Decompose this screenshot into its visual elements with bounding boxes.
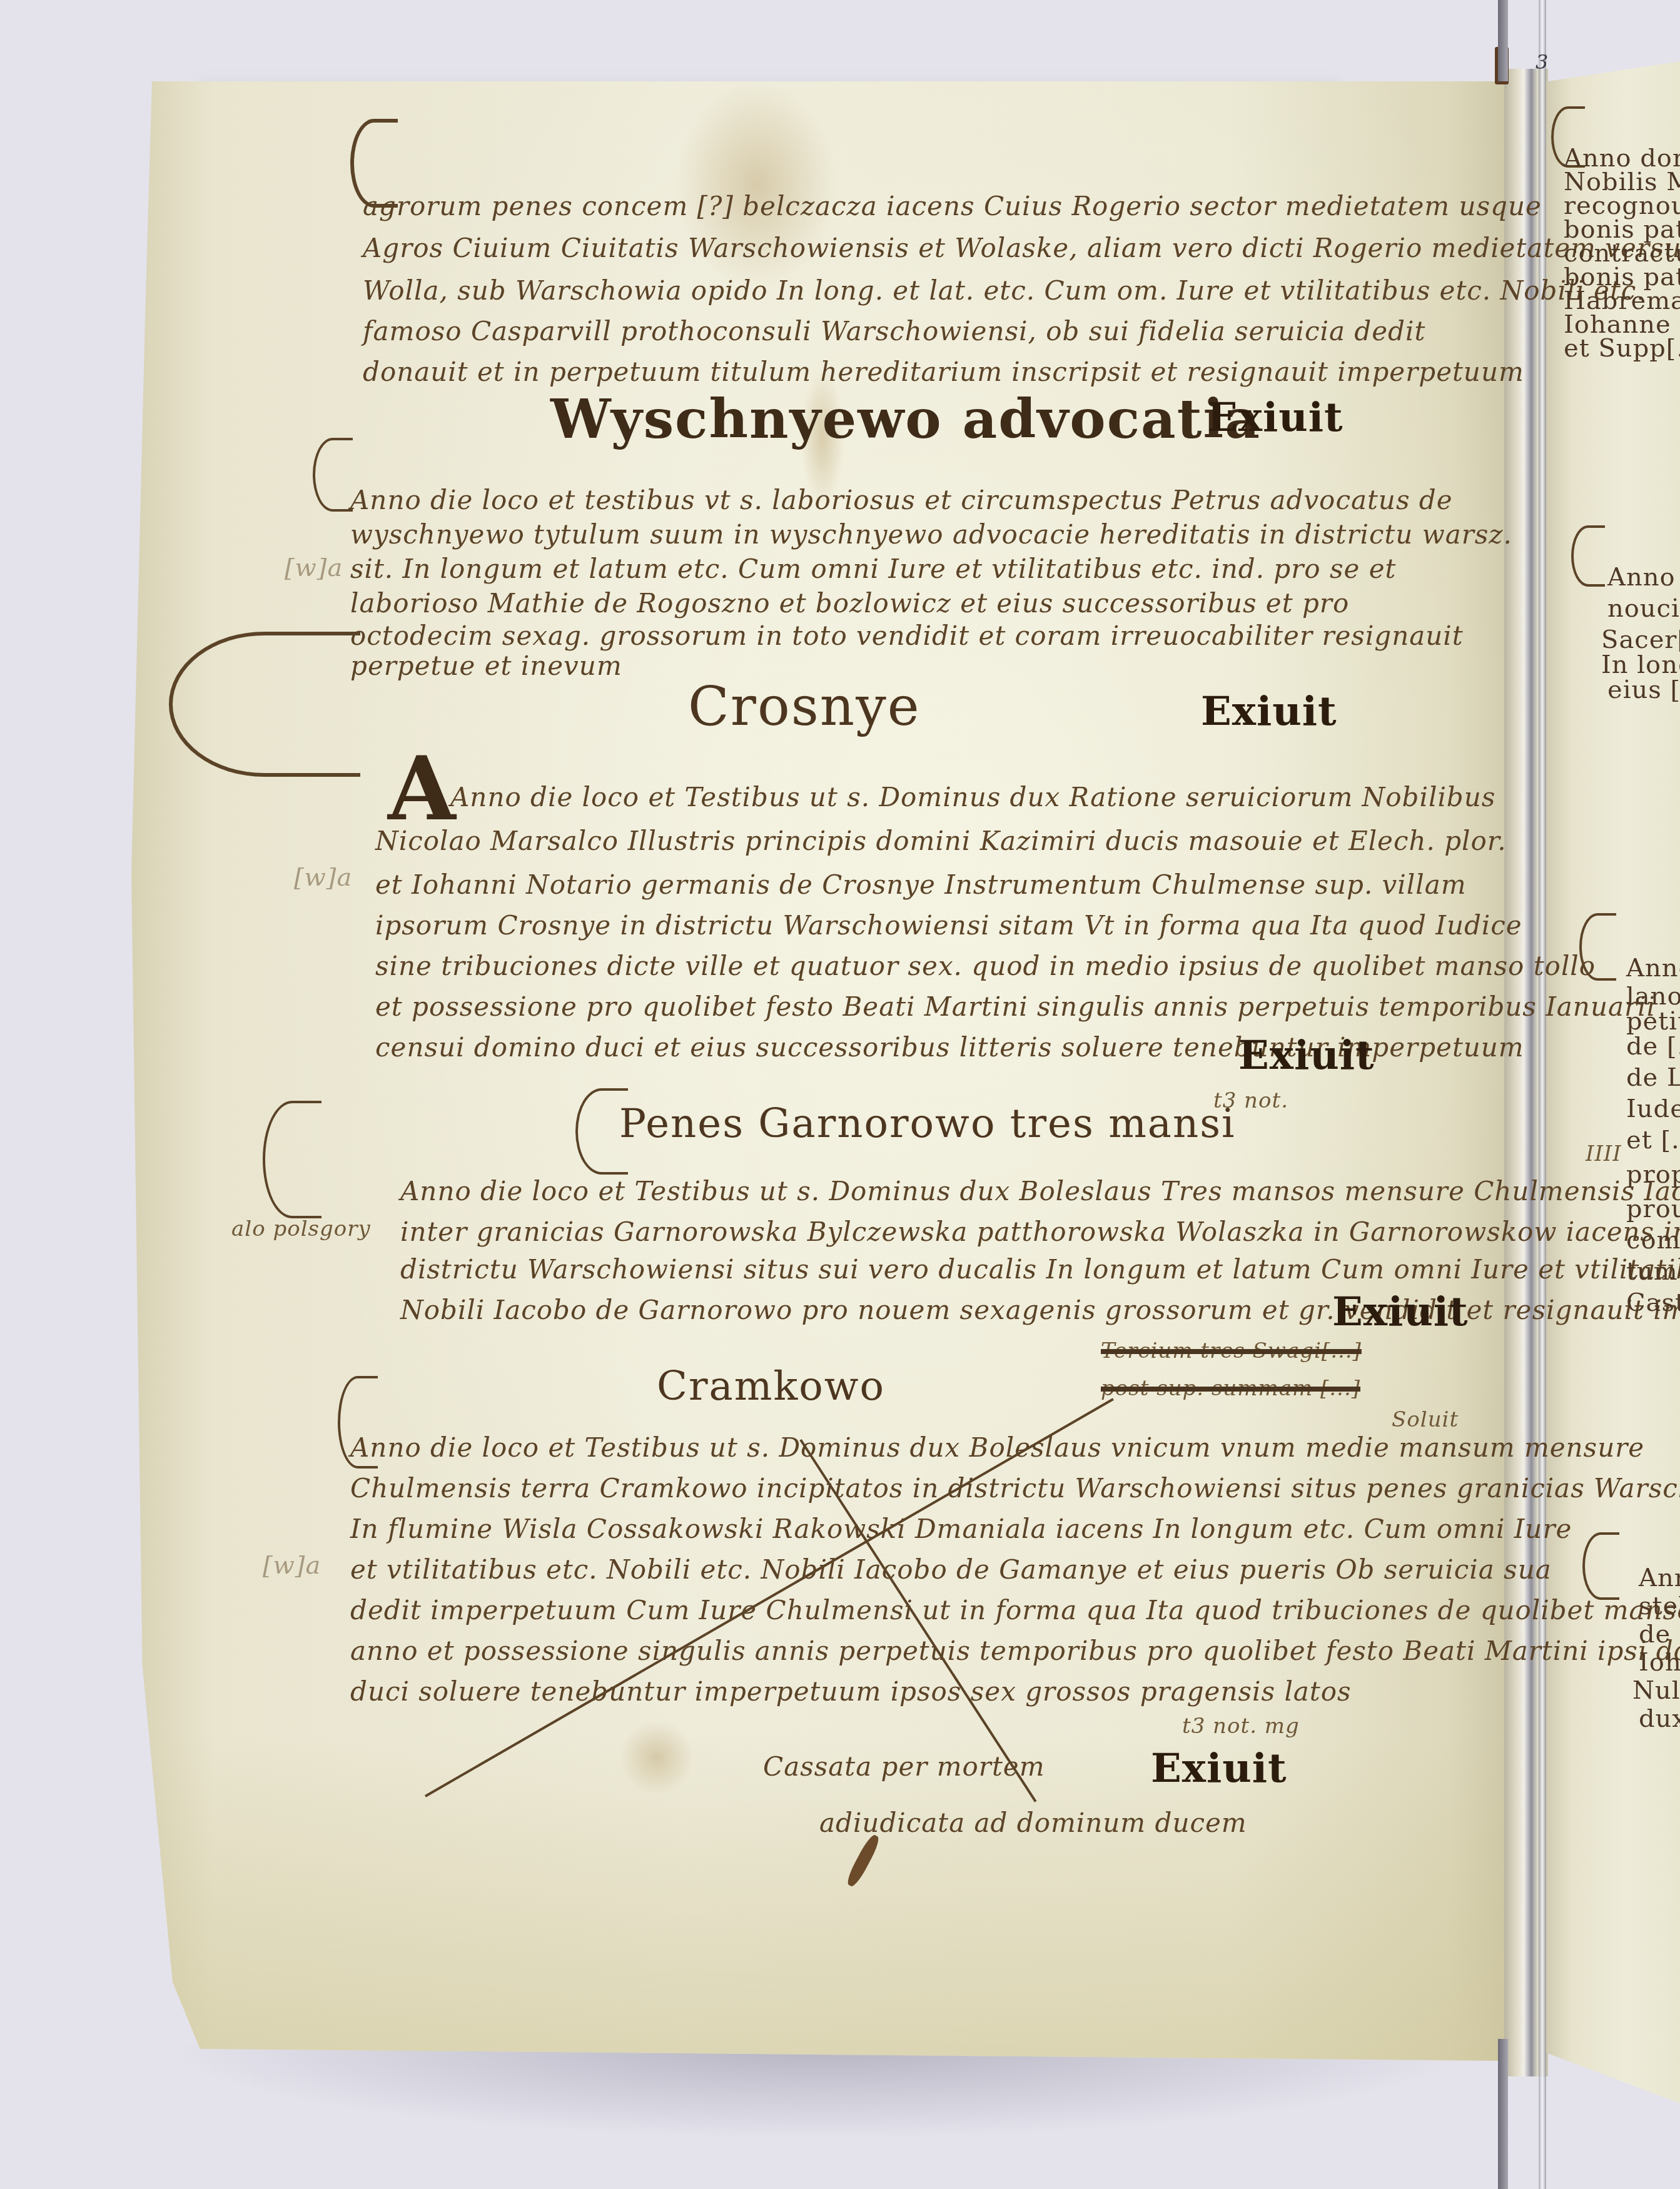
entry-4-heading: Cramkowo: [657, 1363, 885, 1410]
entry-2-line-4: ipsorum Crosnye in districtu Warschowien…: [375, 910, 1522, 941]
entry-3-exiuit-mark: Exiuit: [1332, 1288, 1469, 1335]
right-fragment-4-line-3: de [...]: [1639, 1620, 1680, 1649]
entry-4-line-1: Anno die loco et Testibus ut s. Dominus …: [350, 1432, 1644, 1463]
entry-0-line-3: Wolla, sub Warschowia opido In long. et …: [363, 275, 1646, 306]
glass-plate-edge: [1498, 2039, 1508, 2189]
right-fragment-2-line-2: noucies et[...]: [1607, 594, 1680, 623]
right-fragment-3-line-6: Iude [...]: [1626, 1094, 1680, 1123]
right-fragment-3-line-9: prout [...]: [1626, 1195, 1680, 1223]
entry-3-line-3: districtu Warschowiensi situs sui vero d…: [400, 1254, 1680, 1285]
right-fragment-3-line-12: Castro[...]: [1626, 1288, 1680, 1317]
entry-1-line-6: perpetue et inevum: [350, 650, 622, 681]
entry-3-line-4: Nobili Iacobo de Garnorowo pro nouem sex…: [400, 1295, 1680, 1325]
right-fragment-3-line-11: tumen[...]: [1626, 1257, 1680, 1286]
entry-2-line-6: et possessione pro quolibet festo Beati …: [375, 991, 1656, 1022]
page-discoloration: [131, 1736, 1504, 2061]
page-corner-mark: 3: [1536, 50, 1549, 74]
entry-2-line-1: Anno die loco et Testibus ut s. Dominus …: [450, 782, 1495, 812]
right-fragment-2-line-1: Anno die [...]: [1607, 563, 1680, 592]
glass-plate-edge: [1498, 0, 1508, 81]
initial-flourish: [1571, 525, 1605, 587]
entry-4-annotation: t3 not. mg: [1182, 1714, 1300, 1739]
entry-4-exiuit-mark: Exiuit: [1151, 1745, 1287, 1792]
right-fragment-4-line-2: stella[...]: [1639, 1592, 1680, 1620]
entry-4-closing-note-1: Cassata per mortem: [763, 1751, 1045, 1782]
right-fragment-4-line-6: dux [...]: [1639, 1704, 1680, 1733]
initial-flourish: [1582, 1532, 1619, 1600]
entry-4-line-4: et vtilitatibus etc. Nobili etc. Nobili …: [350, 1554, 1552, 1585]
right-fragment-3-line-7: et [...]: [1626, 1126, 1680, 1155]
entry-1-line-5: octodecim sexag. grossorum in toto vendi…: [350, 620, 1464, 651]
entry-3-struck-line-2: post sup. summam [...]: [1101, 1376, 1360, 1401]
right-fragment-3-line-1: Anno [...]: [1626, 954, 1680, 983]
entry-4-line-5: dedit imperpetuum Cum Iure Chulmensi ut …: [350, 1595, 1680, 1625]
entry-1-line-1: Anno die loco et testibus vt s. laborios…: [350, 485, 1453, 515]
entry-1-margin-note: [w]a: [285, 554, 343, 582]
entry-3-margin-note: alo polsgory: [231, 1216, 371, 1241]
right-fragment-1-line-9: et Supp[...]: [1564, 334, 1680, 363]
entry-4-line-3: In flumine Wisla Cossakowski Rakowski Dm…: [350, 1514, 1572, 1544]
entry-2-margin-note: [w]a: [294, 863, 352, 892]
entry-1-line-2: wyschnyewo tytulum suum in wyschnyewo ad…: [350, 519, 1512, 550]
initial-flourish: [1579, 913, 1616, 981]
entry-1-exiuit-mark: Exiuit: [1207, 394, 1343, 441]
entry-0-line-4: famoso Casparvill prothoconsuli Warschow…: [363, 316, 1425, 346]
initial-flourish: [313, 438, 353, 512]
entry-1-line-4: laborioso Mathie de Rogoszno et bozlowic…: [350, 588, 1349, 619]
entry-4-margin-note: [w]a: [263, 1551, 321, 1580]
right-margin-note: IIII: [1586, 1141, 1622, 1166]
entry-2-heading: Crosnye: [688, 675, 921, 738]
entry-2-exiuit-mark: Exiuit: [1201, 688, 1337, 735]
right-fragment-3-line-8: prope [...]: [1626, 1160, 1680, 1189]
entry-0-line-1: agrorum penes concem [?] belczacza iacen…: [363, 191, 1542, 221]
entry-3-struck-line-1: Tercium tres Swagi[...]: [1101, 1338, 1362, 1363]
entry-4-line-2: Chulmensis terra Cramkowo incipitatos in…: [350, 1473, 1680, 1504]
entry-3-heading: Penes Garnorowo tres mansi: [619, 1101, 1236, 1147]
right-fragment-3-line-5: de La[...]: [1626, 1063, 1680, 1092]
right-fragment-2-line-5: eius [...]: [1607, 675, 1680, 704]
right-fragment-4-line-1: Anno [...]: [1639, 1564, 1680, 1592]
right-fragment-4-line-5: Nulle[...]: [1632, 1676, 1680, 1705]
entry-1-line-3: sit. In longum et latum etc. Cum omni Iu…: [350, 554, 1396, 584]
entry-2-line-2: Nicolao Marsalco Illustris principis dom…: [375, 826, 1507, 856]
background-shadow-bottom: [163, 2045, 1476, 2139]
right-fragment-3-line-4: de [...]: [1626, 1032, 1680, 1061]
initial-flourish: [169, 632, 360, 777]
entry-4-closing-note-2: adiudicata ad dominum ducem: [819, 1807, 1247, 1838]
entry-3-line-2: inter granicias Garnorowska Bylczewska p…: [400, 1216, 1680, 1247]
entry-2-line-3: et Iohanni Notario germanis de Crosnye I…: [375, 869, 1467, 900]
entry-0-line-5: donauit et in perpetuum titulum heredita…: [363, 356, 1524, 387]
right-fragment-3-line-10: compen[...]: [1626, 1226, 1680, 1255]
entry-4-line-6: anno et possessione singulis annis perpe…: [350, 1635, 1680, 1666]
entry-4-line-7: duci soluere tenebuntur imperpetuum ipso…: [350, 1676, 1352, 1707]
entry-2-exiuit-mark-2: Exiuit: [1238, 1032, 1375, 1079]
entry-3-soluit-mark: Soluit: [1392, 1407, 1459, 1432]
initial-flourish: [263, 1101, 321, 1218]
glass-plate-edge: [1539, 0, 1546, 2189]
entry-3-line-1: Anno die loco et Testibus ut s. Dominus …: [400, 1176, 1680, 1206]
entry-2-line-5: sine tribuciones dicte ville et quatuor …: [375, 951, 1596, 981]
entry-0-line-2: Agros Ciuium Ciuitatis Warschowiensis et…: [363, 233, 1680, 263]
entry-1-heading: Wyschnyewo advocatia: [550, 388, 1261, 451]
right-fragment-4-line-4: Iohan[...]: [1639, 1648, 1680, 1677]
